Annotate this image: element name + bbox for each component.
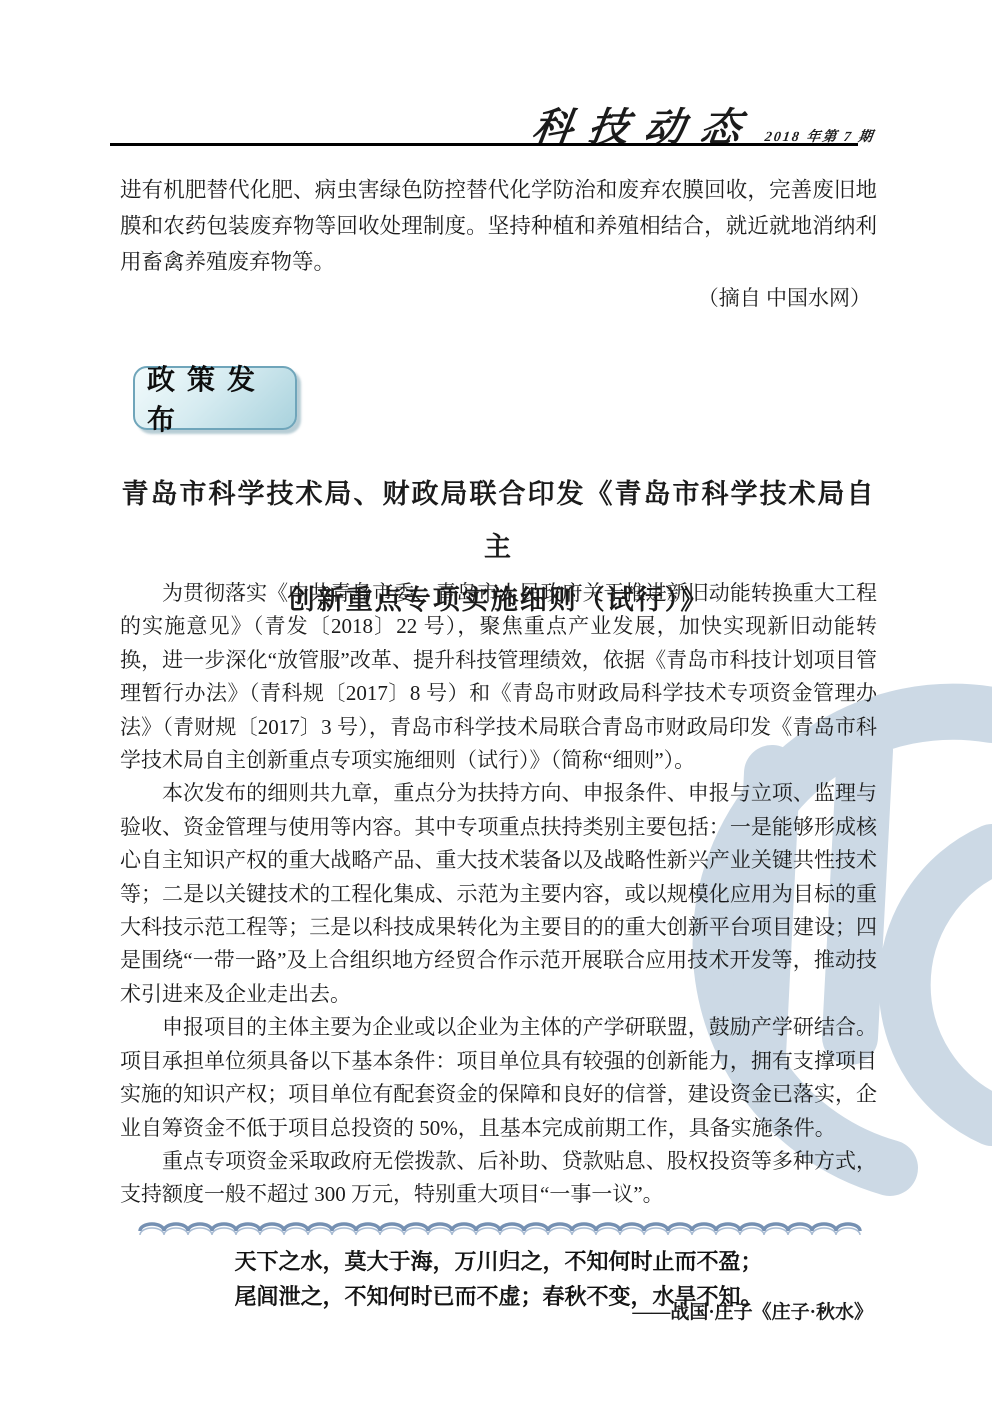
previous-article-source: （摘自 中国水网） [120, 282, 877, 312]
wave-divider [138, 1219, 862, 1239]
masthead-rule [110, 143, 858, 146]
article-title-line1: 青岛市科学技术局、财政局联合印发《青岛市科学技术局自主 [108, 468, 889, 574]
article-paragraph: 重点专项资金采取政府无偿拨款、后补助、贷款贴息、股权投资等多种方式，支持额度一般… [120, 1145, 877, 1212]
article-paragraph: 申报项目的主体主要为企业或以企业为主体的产学研联盟，鼓励产学研结合。项目承担单位… [120, 1011, 877, 1145]
article-body: 为贯彻落实《中共青岛市委、青岛市人民政府关于推进新旧动能转换重大工程的实施意见》… [120, 577, 877, 1212]
footer-quote-line1: 天下之水，莫大于海，万川归之，不知何时止而不盈； [120, 1244, 877, 1279]
section-badge-policy-release: 政策发布 [133, 366, 297, 430]
footer-quote-attribution: ——战国·庄子《庄子·秋水》 [120, 1297, 877, 1324]
section-badge-label: 政策发布 [135, 358, 295, 438]
previous-article-text: 进有机肥替代化肥、病虫害绿色防控替代化学防治和废弃农膜回收，完善废旧地膜和农药包… [120, 172, 877, 280]
article-paragraph: 本次发布的细则共九章，重点分为扶持方向、申报条件、申报与立项、监理与验收、资金管… [120, 777, 877, 1011]
watermark-bowl [905, 850, 992, 1120]
article-paragraph: 为贯彻落实《中共青岛市委、青岛市人民政府关于推进新旧动能转换重大工程的实施意见》… [120, 577, 877, 777]
document-page: 科技动态 2018 年第 7 期 进有机肥替代化肥、病虫害绿色防控替代化学防治和… [0, 0, 992, 1403]
